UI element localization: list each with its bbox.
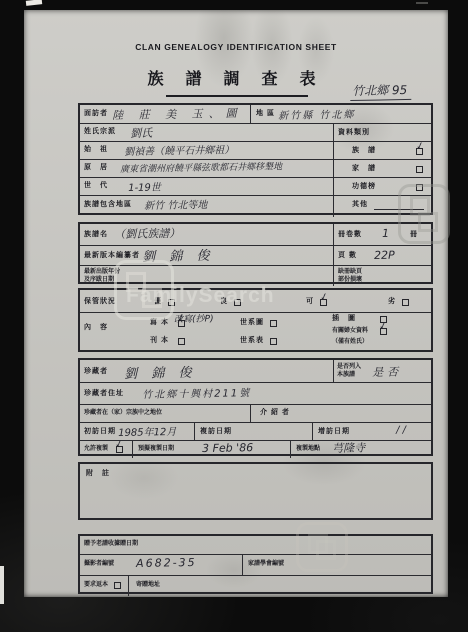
condition-option-label: 良: [220, 298, 228, 307]
added-visit-label: 增訪日期: [318, 428, 350, 437]
grid-line: [80, 195, 431, 196]
origin-value: 廣東省潮州府饒平縣弦歌都石井鄉移墾地: [120, 159, 282, 175]
notes-label: 附 註: [86, 470, 110, 479]
origin-label: 原 居: [84, 164, 108, 173]
copy-date-value: 3 Feb '86: [202, 441, 253, 455]
table-book-info: 族譜名 （劉氏族譜） 冊卷數 1 冊 最新版本編纂者 劉 錦 俊 頁 數 22P…: [78, 222, 433, 284]
manuscript-label: 寫 本: [150, 319, 169, 328]
grid-line: [80, 312, 431, 313]
listed-label: 是否列入 本族譜: [337, 364, 361, 379]
copy-place-value: 芎隆寺: [332, 439, 365, 456]
checkbox-gongdebang: [416, 184, 423, 191]
volumes-label: 冊卷數: [338, 231, 362, 240]
genealogy-form-paper: CLAN GENEALOGY IDENTIFICATION SHEET 族 譜 …: [24, 10, 448, 597]
grid-line: [290, 440, 291, 458]
table-basic-info: 面訪者 陸 莊 美 玉、圖 地 區 新竹縣 竹北鄉 姓氏宗派 劉氏 始 祖 劉禎…: [78, 103, 433, 215]
condition-option-label: 劣: [388, 298, 396, 307]
scan-artifact: [416, 2, 428, 4]
holder-position-label: 珍藏者在（家）宗族中之地位: [84, 410, 162, 418]
photographer-number-value: A682-35: [136, 556, 197, 570]
generations-label: 世 代: [84, 182, 108, 191]
first-ancestor-value: 劉禎善（饒平石井鄉祖）: [124, 141, 234, 158]
table-holder-visits: 珍藏者 劉 錦 俊 是否列入 本族譜 是否 珍藏者住址 竹北鄉十興村211號 珍…: [78, 358, 433, 456]
category-item-label: 家 譜: [352, 165, 376, 174]
table-notes: 附 註: [78, 462, 433, 520]
checkmark: ✓: [319, 291, 330, 304]
illustration-label: 插 圖: [332, 315, 356, 324]
checkbox-poor: [402, 299, 409, 306]
grid-line: [80, 177, 431, 178]
grid-line: [80, 575, 431, 576]
grid-line: [250, 404, 251, 422]
book-name-value: （劉氏族譜）: [114, 225, 180, 242]
condition-option-label: 優: [154, 298, 162, 307]
holder-address-label: 珍藏者住址: [84, 390, 124, 399]
send-address-label: 寄贈地址: [136, 582, 160, 590]
grid-line: [80, 404, 431, 405]
condition-option-label: 可: [306, 298, 314, 307]
checkbox-printed: [178, 338, 185, 345]
coverage-value: 新竹 竹北等地: [144, 196, 207, 212]
women-data-sub-label: （僅有姓氏）: [332, 339, 368, 347]
grid-line: [80, 265, 431, 266]
microfilm-scan-frame: CLAN GENEALOGY IDENTIFICATION SHEET 族 譜 …: [0, 0, 468, 632]
introducer-label: 介 紹 者: [260, 409, 290, 418]
added-visit-value: / /: [396, 425, 406, 436]
first-visit-label: 初訪日期: [84, 428, 116, 437]
content-label: 內 容: [84, 324, 108, 333]
clan-label: 姓氏宗派: [84, 128, 116, 137]
grid-line: [333, 360, 334, 382]
table-archive: 贈予老譜收據贈日期 攝影者編號 A682-35 家譜學會編號 要求返本 寄贈地址: [78, 534, 433, 594]
grid-line: [128, 575, 129, 596]
area-label: 地 區: [256, 110, 275, 119]
grid-line: [333, 123, 334, 217]
checkbox-lineage-chart: [270, 320, 277, 327]
clan-value: 劉氏: [130, 125, 152, 141]
checkbox-good: [234, 299, 241, 306]
revisit-label: 複訪日期: [200, 428, 232, 437]
grid-line: [80, 245, 431, 246]
compiler-value: 劉 錦 俊: [142, 245, 215, 265]
first-visit-value: 1985年12月: [118, 423, 176, 439]
society-number-label: 家譜學會編號: [248, 561, 284, 569]
grid-line: [242, 554, 243, 575]
category-header: 資料類別: [338, 129, 370, 138]
checkbox-excellent: [168, 299, 175, 306]
lineage-table-label: 世系表: [240, 337, 264, 346]
listed-value: 是否: [372, 363, 402, 380]
category-item-label: 其他: [352, 201, 368, 210]
lineage-chart-label: 世系圖: [240, 319, 264, 328]
category-item-label: 功德榜: [352, 183, 376, 192]
condition-label: 保管狀況: [84, 298, 116, 307]
grid-line: [194, 422, 195, 440]
compiler-label: 最新版本編纂者: [84, 252, 140, 261]
form-header-english: CLAN GENEALOGY IDENTIFICATION SHEET: [24, 42, 448, 52]
book-name-label: 族譜名: [84, 231, 108, 240]
checkbox-jiapu: [416, 166, 423, 173]
grid-line: [80, 382, 431, 383]
grid-line: [250, 105, 251, 123]
pages-value: 22P: [374, 249, 395, 262]
grid-line: [132, 440, 133, 458]
table-condition-content: 保管狀況 優 良 可 ✓ 劣 內 容 寫 本 ✓ 改寫(抄P) 刊 本 世系圖 …: [78, 288, 433, 352]
printed-label: 刊 本: [150, 337, 169, 346]
checkmark: ✓: [415, 140, 426, 153]
photographer-number-label: 攝影者編號: [84, 561, 114, 569]
damage-label: 缺冊缺頁 部份損壞: [338, 269, 362, 284]
pages-label: 頁 數: [338, 252, 357, 261]
volumes-unit: 冊: [410, 231, 418, 240]
area-value: 新竹縣 竹北鄉: [278, 106, 355, 122]
title-underline: [166, 95, 308, 97]
other-blank-line: [374, 209, 424, 210]
holder-value: 劉 錦 俊: [124, 362, 197, 382]
volumes-value: 1: [382, 227, 389, 240]
manuscript-note: 改寫(抄P): [174, 311, 214, 325]
interviewer-value: 陸 莊 美 玉、圖: [112, 105, 243, 123]
publication-label: 最新出版年份 及序跋日期: [84, 269, 120, 284]
grid-line: [80, 123, 431, 124]
copy-place-label: 複製地點: [296, 446, 320, 454]
scan-artifact: [0, 566, 4, 604]
holder-address-value: 竹北鄉十興村211號: [142, 384, 251, 401]
donation-date-label: 贈予老譜收據贈日期: [84, 541, 138, 549]
holder-label: 珍藏者: [84, 368, 108, 377]
grid-line: [312, 422, 313, 440]
checkbox-return-request: [114, 582, 121, 589]
category-item-label: 族 譜: [352, 147, 376, 156]
generations-value: 1-19世: [128, 178, 161, 194]
first-ancestor-label: 始 祖: [84, 146, 108, 155]
handwritten-page-note: 竹北鄉 95: [350, 81, 411, 101]
interviewer-label: 面訪者: [84, 110, 108, 119]
return-request-label: 要求返本: [84, 582, 108, 590]
checkbox-lineage-table: [270, 338, 277, 345]
copy-date-label: 預擬複製日期: [138, 446, 174, 454]
coverage-label: 族譜包含地區: [84, 201, 132, 210]
grid-line: [80, 554, 431, 555]
copy-permit-label: 允許複製: [84, 446, 108, 454]
women-data-label: 有關婦女資料: [332, 328, 368, 336]
grid-line: [333, 224, 334, 286]
